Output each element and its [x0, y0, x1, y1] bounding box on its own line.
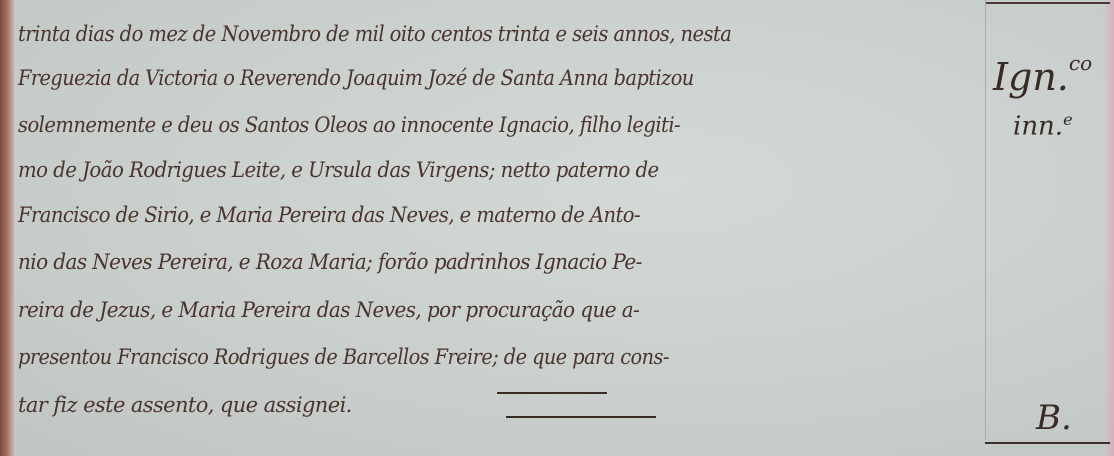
manuscript-page: trinta dias do mez de Novembro de mil oi…: [0, 0, 1114, 456]
margin-top-rule: [985, 2, 1110, 4]
record-line-8: presentou Francisco Rodrigues de Barcell…: [18, 345, 669, 369]
record-line-4: mo de João Rodrigues Leite, e Ursula das…: [18, 158, 659, 182]
record-line-1: trinta dias do mez de Novembro de mil oi…: [18, 22, 731, 46]
book-spine-edge: [0, 0, 14, 456]
record-line-7: reira de Jezus, e Maria Pereira das Neve…: [18, 298, 639, 322]
record-line-5: Francisco de Sirio, e Maria Pereira das …: [18, 203, 640, 227]
margin-name-abbrev: Ign.: [993, 55, 1069, 99]
margin-status: inn.e: [1013, 110, 1073, 142]
record-line-6: nio das Neves Pereira, e Roza Maria; for…: [18, 250, 642, 274]
record-line-2: Freguezia da Victoria o Reverendo Joaqui…: [18, 66, 694, 90]
closing-dash-upper: [497, 392, 607, 394]
margin-status-abbrev: inn.: [1013, 112, 1063, 142]
record-line-3: solemnemente e deu os Santos Oleos ao in…: [18, 113, 680, 137]
closing-dash-lower: [506, 416, 656, 418]
margin-signature-initial: B.: [1036, 398, 1072, 438]
margin-name-superscript: co: [1069, 51, 1092, 75]
page-edge: [1104, 0, 1114, 456]
margin-vertical-rule: [985, 0, 986, 440]
margin-bottom-rule: [985, 442, 1110, 444]
margin-name: Ign.co: [993, 55, 1092, 99]
margin-status-superscript: e: [1063, 110, 1072, 129]
record-line-9: tar fiz este assento, que assignei.: [18, 393, 352, 417]
